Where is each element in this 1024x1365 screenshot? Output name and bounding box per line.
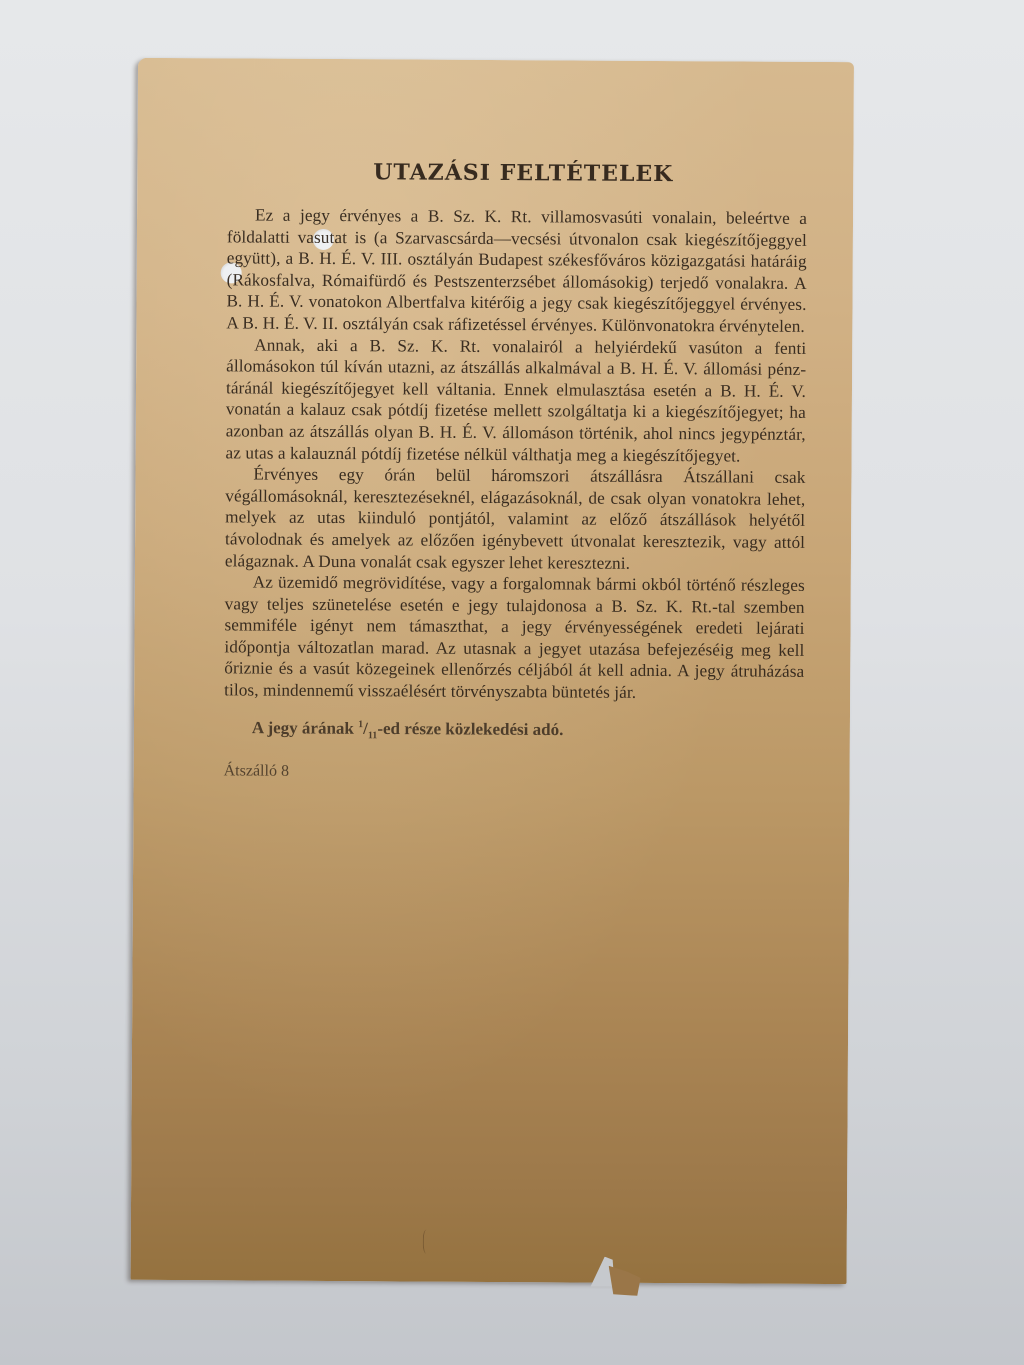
tax-note-text: A jegy árának [252, 718, 358, 738]
paragraph-transfers: Érvényes egy órán belül háromszori átszá… [225, 463, 806, 575]
crease-mark [423, 1230, 432, 1254]
ticket-code: Átszálló 8 [224, 762, 804, 784]
torn-flap [608, 1266, 640, 1296]
ticket: UTAZÁSI FELTÉTELEK Ez a jegy érvényes a … [131, 58, 854, 1284]
tax-note-suffix: -ed része közlekedési adó. [377, 719, 563, 739]
paragraph-liability: Az üzemidő megrövidítése, vagy a forgalo… [224, 571, 805, 704]
fraction-numerator: 1 [358, 719, 363, 730]
paragraph-supplementary-ticket: Annak, aki a B. Sz. K. Rt. vonalairól a … [226, 334, 807, 467]
ticket-text: UTAZÁSI FELTÉTELEK Ez a jegy érvényes a … [224, 158, 808, 783]
document-title: UTAZÁSI FELTÉTELEK [239, 158, 807, 187]
paragraph-validity: Ez a jegy érvényes a B. Sz. K. Rt. villa… [226, 204, 807, 337]
tax-note: A jegy árának 1/11-ed része közlekedési … [224, 713, 804, 750]
